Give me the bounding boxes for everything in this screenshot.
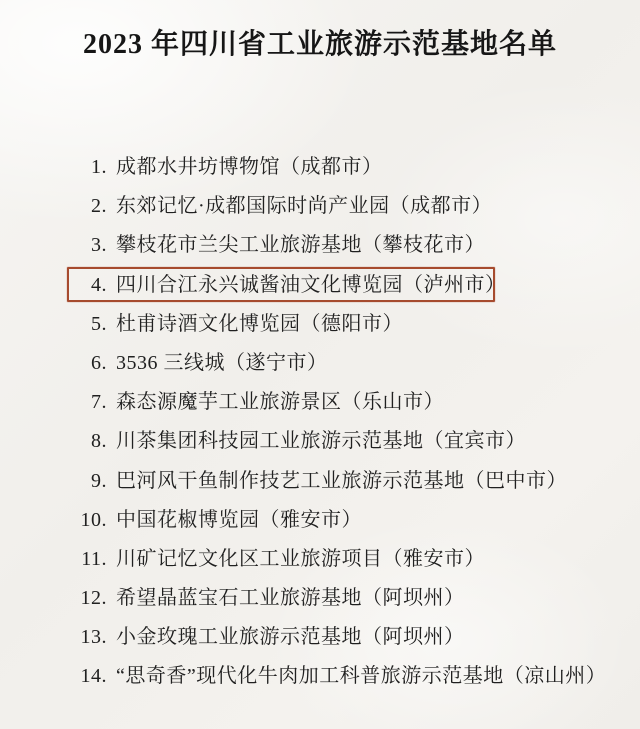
item-text: 杜甫诗酒文化博览园（德阳市） (116, 313, 403, 335)
item-number: 3. (74, 226, 107, 265)
document-page: 2023 年四川省工业旅游示范基地名单 1.成都水井坊博物馆（成都市）2.东郊记… (0, 0, 640, 729)
item-number: 6. (74, 344, 107, 383)
item-text: 四川合江永兴诚酱油文化博览园（泸州市） (116, 274, 506, 296)
item-text: 希望晶蓝宝石工业旅游基地（阿坝州） (116, 587, 465, 609)
item-text: 3536 三线城（遂宁市） (116, 352, 328, 374)
item-number: 14. (74, 657, 107, 696)
item-number: 4. (74, 266, 107, 305)
item-text: 巴河风干鱼制作技艺工业旅游示范基地（巴中市） (116, 470, 567, 492)
list-item: 12.希望晶蓝宝石工业旅游基地（阿坝州） (0, 579, 640, 618)
item-number: 1. (74, 148, 107, 187)
list-item: 10.中国花椒博览园（雅安市） (0, 501, 640, 540)
list-item: 1.成都水井坊博物馆（成都市） (0, 148, 640, 187)
list-item: 3.攀枝花市兰尖工业旅游基地（攀枝花市） (0, 226, 640, 265)
list-item: 13.小金玫瑰工业旅游示范基地（阿坝州） (0, 618, 640, 657)
list-item: 5.杜甫诗酒文化博览园（德阳市） (0, 305, 640, 344)
item-text: 小金玫瑰工业旅游示范基地（阿坝州） (116, 626, 465, 648)
item-text: 川矿记忆文化区工业旅游项目（雅安市） (116, 548, 485, 570)
list-item: 2.东郊记忆·成都国际时尚产业园（成都市） (0, 187, 640, 226)
base-list: 1.成都水井坊博物馆（成都市）2.东郊记忆·成都国际时尚产业园（成都市）3.攀枝… (0, 148, 640, 697)
list-item: 14.“思奇香”现代化牛肉加工科普旅游示范基地（凉山州） (0, 657, 640, 696)
item-number: 9. (74, 462, 107, 501)
list-item: 11.川矿记忆文化区工业旅游项目（雅安市） (0, 540, 640, 579)
list-item: 4.四川合江永兴诚酱油文化博览园（泸州市） (0, 266, 640, 305)
list-item: 9.巴河风干鱼制作技艺工业旅游示范基地（巴中市） (0, 462, 640, 501)
item-text: 森态源魔芋工业旅游景区（乐山市） (116, 391, 444, 413)
item-text: 攀枝花市兰尖工业旅游基地（攀枝花市） (116, 234, 485, 256)
list-item: 7.森态源魔芋工业旅游景区（乐山市） (0, 383, 640, 422)
item-number: 13. (74, 618, 107, 657)
item-text: 川茶集团科技园工业旅游示范基地（宜宾市） (116, 430, 526, 452)
list-item: 6.3536 三线城（遂宁市） (0, 344, 640, 383)
item-text: “思奇香”现代化牛肉加工科普旅游示范基地（凉山州） (116, 665, 606, 687)
item-text: 中国花椒博览园（雅安市） (116, 509, 362, 531)
item-text: 成都水井坊博物馆（成都市） (116, 156, 383, 178)
item-number: 11. (74, 540, 107, 579)
item-number: 5. (74, 305, 107, 344)
item-number: 7. (74, 383, 107, 422)
list-item: 8.川茶集团科技园工业旅游示范基地（宜宾市） (0, 422, 640, 461)
item-number: 8. (74, 422, 107, 461)
item-number: 12. (74, 579, 107, 618)
item-number: 2. (74, 187, 107, 226)
item-number: 10. (74, 501, 107, 540)
document-title: 2023 年四川省工业旅游示范基地名单 (0, 24, 640, 66)
item-text: 东郊记忆·成都国际时尚产业园（成都市） (116, 195, 492, 217)
